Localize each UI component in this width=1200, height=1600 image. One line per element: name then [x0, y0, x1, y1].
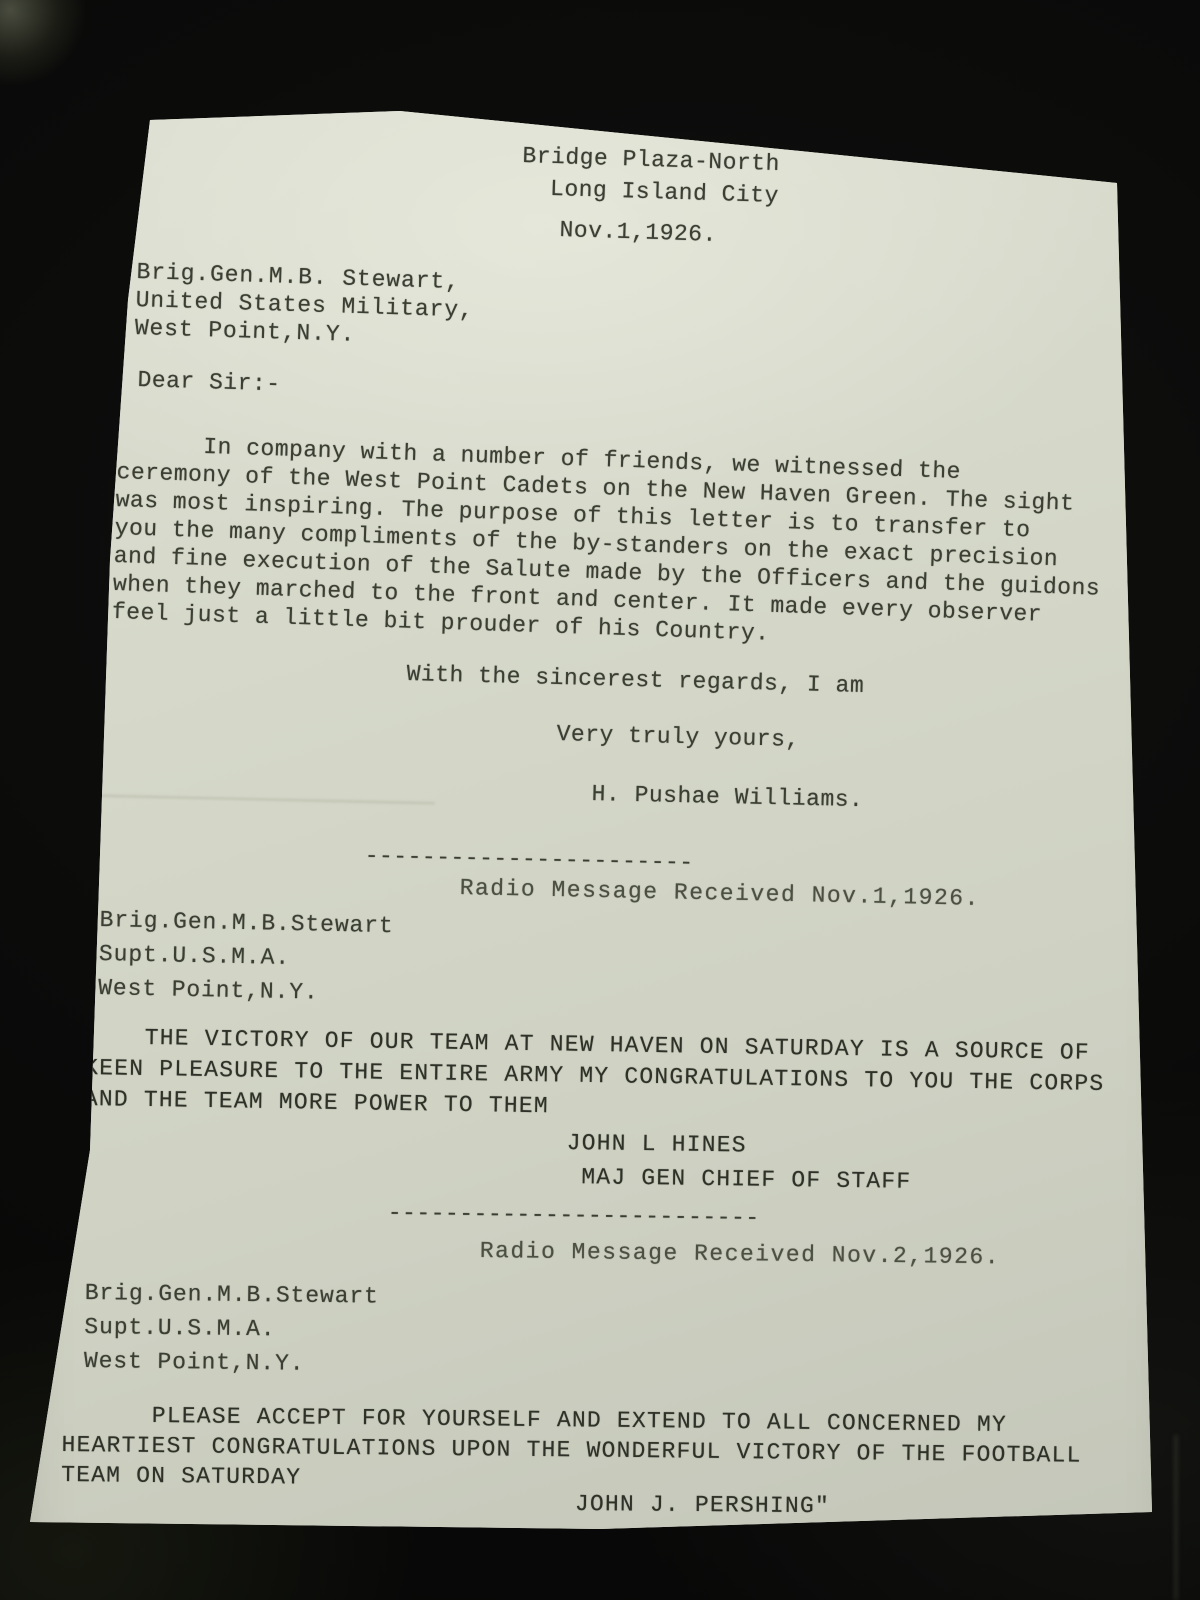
letter-paper: Bridge Plaza-North Long Island City Nov.… [0, 0, 1200, 1600]
corner-light-leak [0, 0, 85, 85]
photograph-background: Bridge Plaza-North Long Island City Nov.… [0, 0, 1200, 1600]
paper-vignette [0, 0, 1200, 1600]
background-streak [1174, 1435, 1178, 1600]
